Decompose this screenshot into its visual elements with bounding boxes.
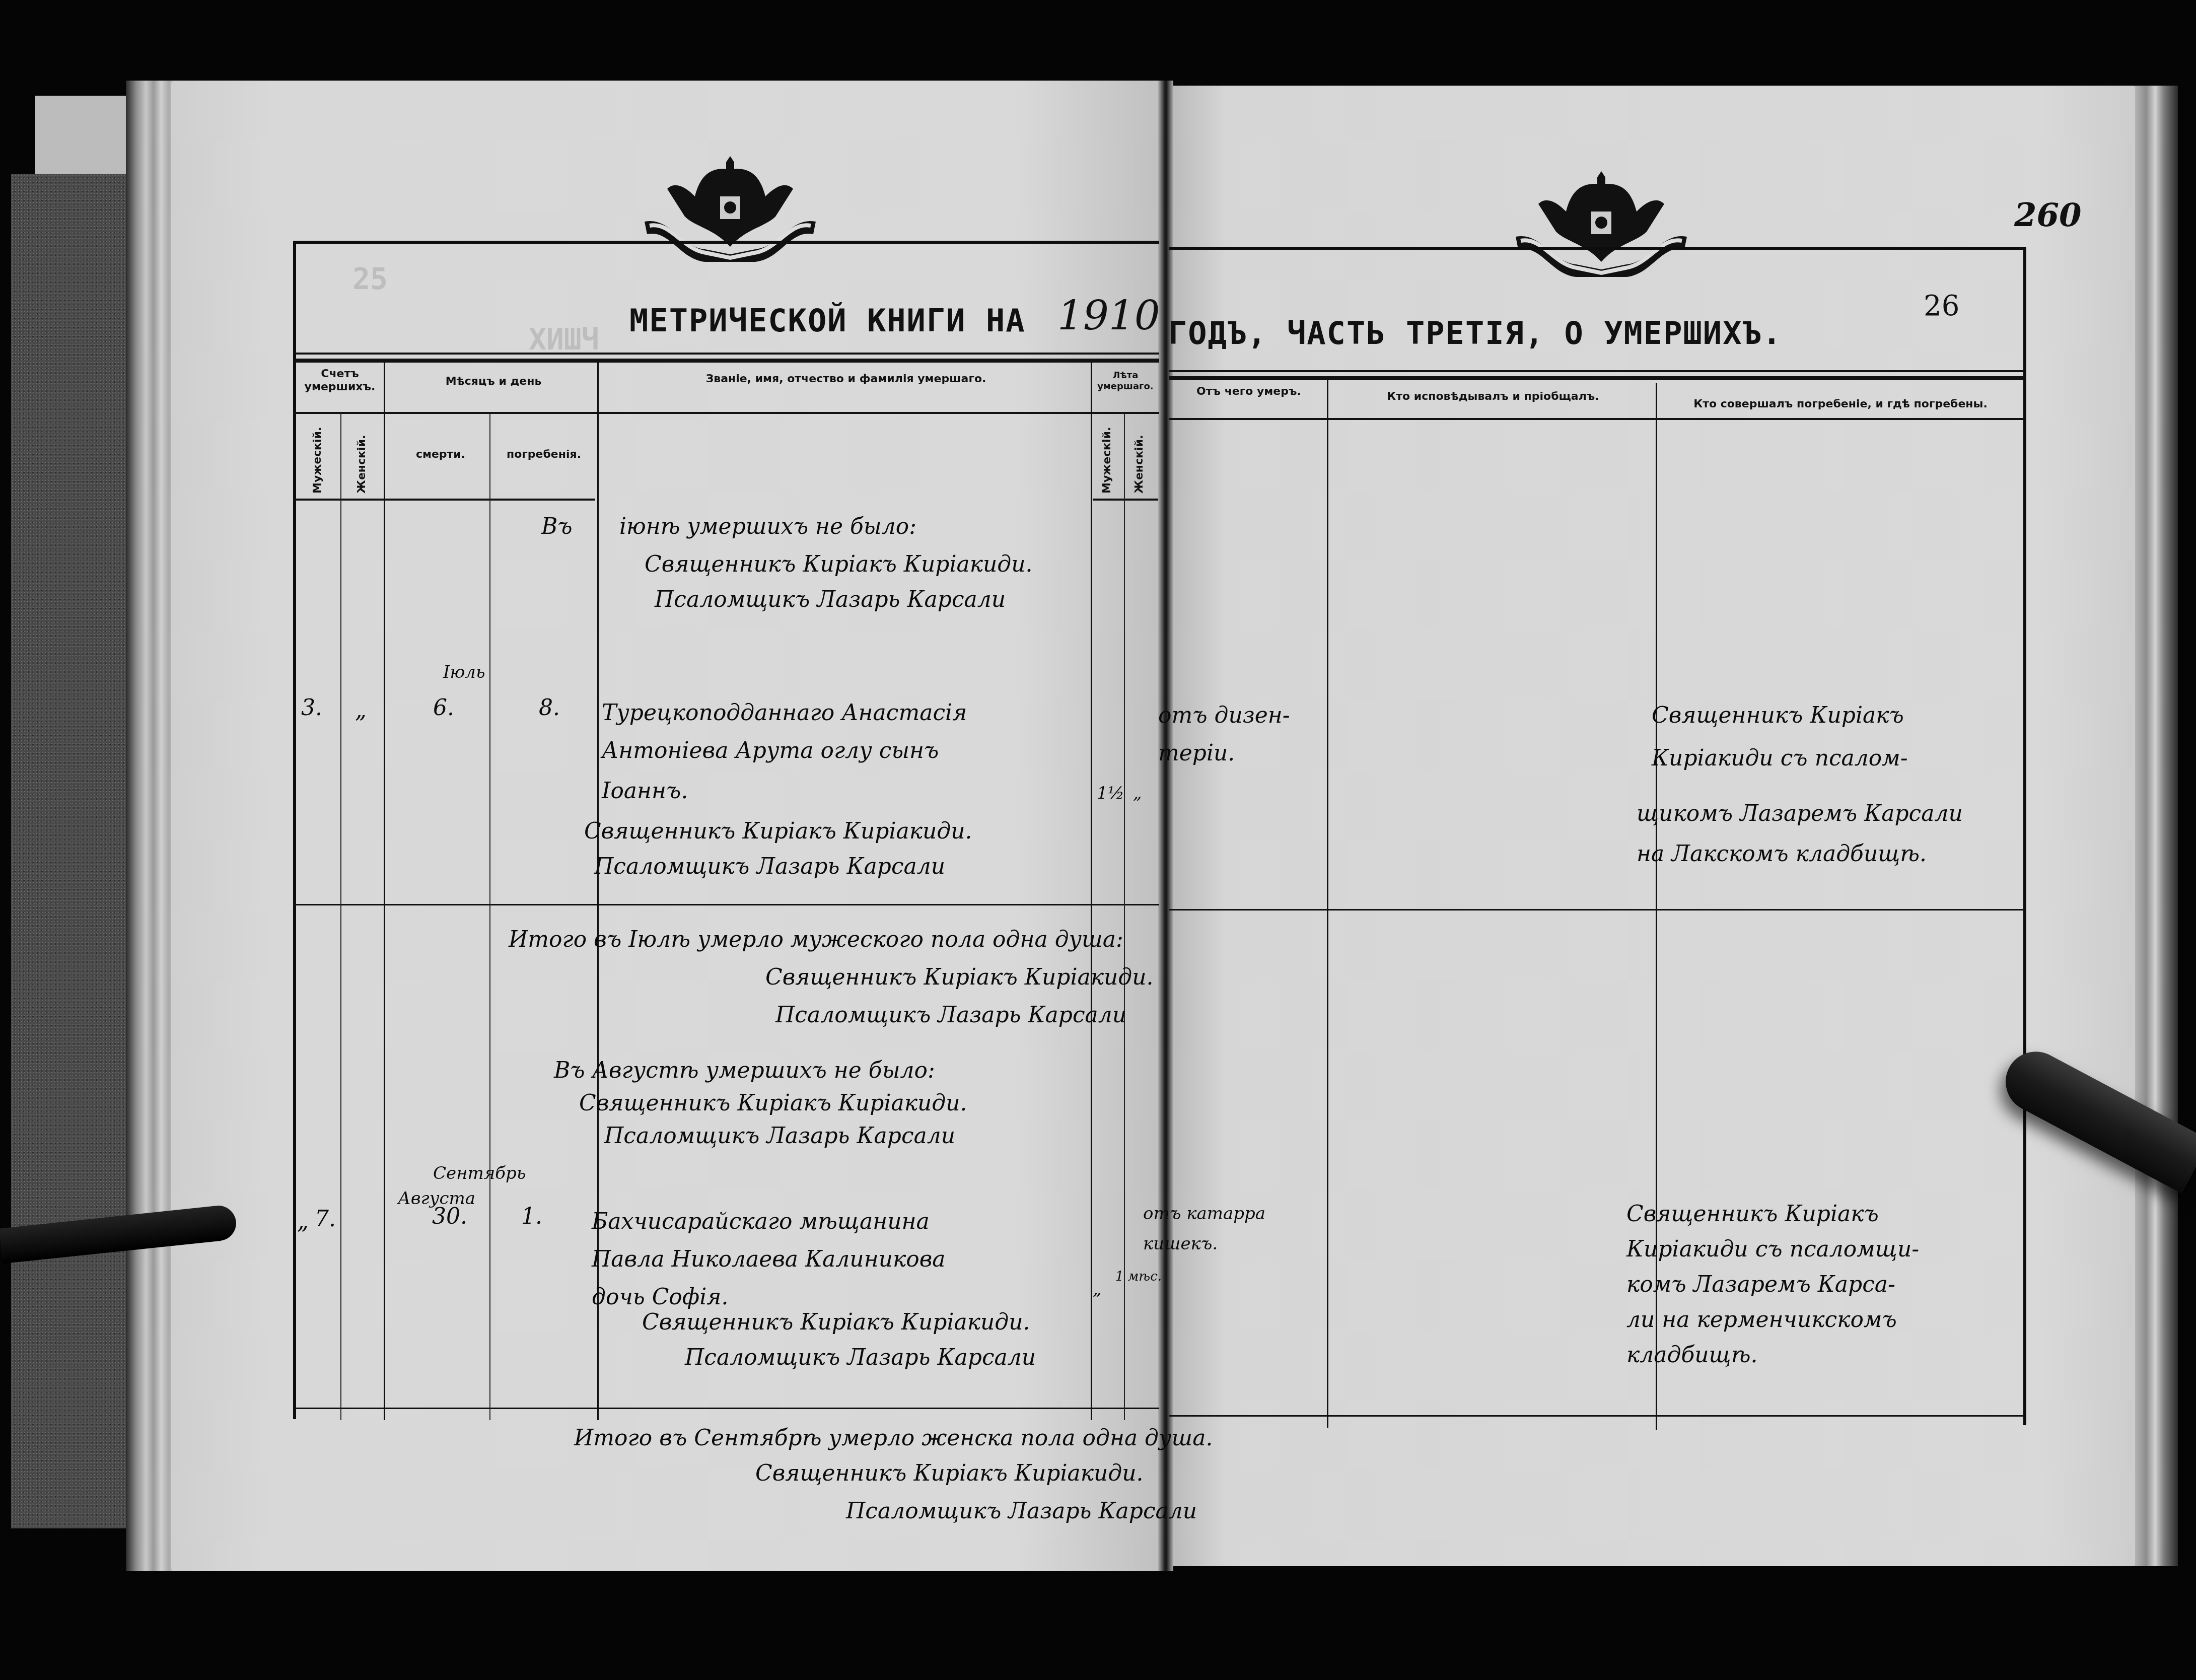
entry3-burial-line1: Священникъ Киріакъ <box>1652 703 1904 728</box>
header-count-male: Мужескій. <box>311 428 324 494</box>
entry7-burial-line2: Киріакиди съ псаломщи- <box>1626 1236 1919 1262</box>
printed-page-number: 26 <box>1924 290 1959 322</box>
entry7-month-burial: Сентябрь <box>433 1163 526 1183</box>
entry3-name-line3: Іоаннъ. <box>602 778 688 804</box>
entry7-burial-line5: кладбищѣ. <box>1626 1342 1757 1368</box>
entry7-age-male: „ <box>1093 1279 1102 1299</box>
september-psalmist-signature: Псаломщикъ Лазарь Карсали <box>846 1498 1197 1524</box>
header-rule <box>1169 418 2025 420</box>
col-divider <box>1327 380 1328 1428</box>
entry3-name-line2: Антоніева Арута оглу сынъ <box>602 738 939 763</box>
entry3-male-no: 3. <box>301 695 322 721</box>
header-count-female: Женскій. <box>356 428 368 494</box>
left-frame-top <box>293 241 1159 244</box>
header-age-female: Женскій. <box>1133 428 1146 494</box>
entry7-burial-day: 1. <box>521 1204 542 1229</box>
month-separator <box>1169 909 2025 911</box>
month-separator <box>293 904 1159 905</box>
book-cover-fabric <box>11 174 127 1528</box>
header-age-group: Лѣта умершаго. <box>1093 370 1158 392</box>
june-psalmist-signature: Псаломщикъ Лазарь Карсали <box>655 587 1006 612</box>
entry7-age-female: 1 мѣс. <box>1115 1269 1162 1284</box>
right-frame-border <box>2023 247 2026 1425</box>
entry7-psalmist-signature: Псаломщикъ Лазарь Карсали <box>685 1345 1036 1370</box>
entry7-female-no: 7. <box>315 1206 336 1232</box>
september-total-text: Итого въ Сентябрѣ умерло женска пола одн… <box>574 1425 1213 1451</box>
july-psalmist-signature: Псаломщикъ Лазарь Карсали <box>775 1002 1126 1028</box>
entry7-burial-line4: ли на керменчикскомъ <box>1626 1307 1897 1333</box>
entry3-burial-line4: на Лакскомъ кладбищѣ. <box>1637 841 1927 867</box>
entry3-priest-signature: Священникъ Киріакъ Киріакиди. <box>584 818 972 844</box>
june-note-text: іюнѣ умершихъ не было: <box>619 514 916 539</box>
header-name: Званіе, имя, отчество и фамилія умершаго… <box>604 373 1088 386</box>
entry3-burial-line2: Киріакиди съ псалом- <box>1652 745 1908 771</box>
year-handwritten: 1910 <box>1057 292 1160 339</box>
header-count-group: Счетъ умершихъ. <box>297 368 383 394</box>
header-burial-date: погребенія. <box>493 448 594 461</box>
book-binding-top <box>35 96 131 176</box>
june-marker: Въ <box>541 514 573 539</box>
book-gutter <box>1158 81 1173 1571</box>
imperial-eagle-crest-icon <box>640 146 821 262</box>
august-psalmist-signature: Псаломщикъ Лазарь Карсали <box>604 1123 955 1149</box>
col-divider <box>489 413 490 1420</box>
header-burial-performer: Кто совершалъ погребеніе, и гдѣ погребен… <box>1662 398 2019 411</box>
entry3-cause-line2: теріи. <box>1158 740 1235 766</box>
title-rule <box>1169 370 2025 372</box>
june-priest-signature: Священникъ Киріакъ Киріакиди. <box>645 551 1033 577</box>
col-divider <box>340 413 341 1420</box>
entry3-burial-day: 8. <box>539 695 560 721</box>
july-priest-signature: Священникъ Киріакъ Киріакиди. <box>765 964 1154 990</box>
ghost-title-fragment: ХИШЧ <box>529 322 599 357</box>
entry7-name-line3: дочь Софія. <box>592 1284 728 1310</box>
col-divider <box>1091 363 1092 1420</box>
title-left: МЕТРИЧЕСКОЙ КНИГИ НА <box>629 302 1026 339</box>
col-divider <box>384 363 385 1420</box>
title-rule <box>293 359 1159 363</box>
header-rule <box>293 412 1159 414</box>
header-month-day: Мѣсяцъ и день <box>393 375 594 388</box>
left-frame-border <box>293 241 296 1419</box>
subheader-rule <box>293 499 595 501</box>
entry3-name-line1: Турецкоподданнаго Анастасія <box>602 700 967 726</box>
entry3-cause-line1: отъ дизен- <box>1158 703 1290 728</box>
entry3-psalmist-signature: Псаломщикъ Лазарь Карсали <box>594 854 945 879</box>
month-separator <box>1169 1415 2025 1417</box>
entry3-month: Іюль <box>443 662 485 682</box>
handwritten-folio-number: 260 <box>2014 196 2082 234</box>
entry3-female-no: „ <box>355 697 367 723</box>
entry3-burial-line3: щикомъ Лазаремъ Карсали <box>1637 801 1963 826</box>
entry7-male-no: „ <box>297 1209 309 1234</box>
entry7-name-line1: Бахчисарайскаго мѣщанина <box>592 1209 930 1234</box>
right-frame-top <box>1169 247 2025 250</box>
july-total-text: Итого въ Іюлѣ умерло мужеского пола одна… <box>509 927 1123 952</box>
subheader-rule <box>1093 499 1158 501</box>
header-cause: Отъ чего умеръ. <box>1173 385 1324 398</box>
title-rule <box>293 353 1159 355</box>
page-stack-right <box>2133 86 2178 1566</box>
entry7-cause-line1: отъ катарра <box>1143 1204 1265 1224</box>
entry7-name-line2: Павла Николаева Калиникова <box>592 1246 946 1272</box>
august-priest-signature: Священникъ Киріакъ Киріакиди. <box>579 1090 967 1116</box>
entry7-priest-signature: Священникъ Киріакъ Киріакиди. <box>642 1309 1030 1335</box>
page-stack-left <box>126 81 176 1571</box>
entry3-age-male: 1½ <box>1097 783 1124 803</box>
september-priest-signature: Священникъ Киріакъ Киріакиди. <box>755 1460 1144 1486</box>
entry7-burial-line1: Священникъ Киріакъ <box>1626 1201 1879 1227</box>
imperial-eagle-crest-icon <box>1511 161 1692 277</box>
august-note-text: Въ Августѣ умершихъ не было: <box>554 1058 935 1083</box>
month-separator <box>293 1408 1159 1409</box>
entry7-death-day: 30. <box>432 1204 467 1229</box>
title-rule <box>1169 376 2025 380</box>
entry7-burial-line3: комъ Лазаремъ Карса- <box>1626 1272 1895 1297</box>
entry3-age-female: „ <box>1133 783 1142 803</box>
title-right: ГОДЪ, ЧАСТЬ ТРЕТІЯ, О УМЕРШИХЪ. <box>1168 315 1782 352</box>
ghost-page-number: 25 <box>352 262 388 296</box>
header-confessor: Кто исповѣдывалъ и пріобщалъ. <box>1334 390 1652 403</box>
entry3-death-day: 6. <box>433 695 454 721</box>
header-death: смерти. <box>393 448 488 461</box>
header-age-male: Мужескій. <box>1101 428 1113 494</box>
entry7-cause-line2: кишекъ. <box>1143 1234 1218 1254</box>
